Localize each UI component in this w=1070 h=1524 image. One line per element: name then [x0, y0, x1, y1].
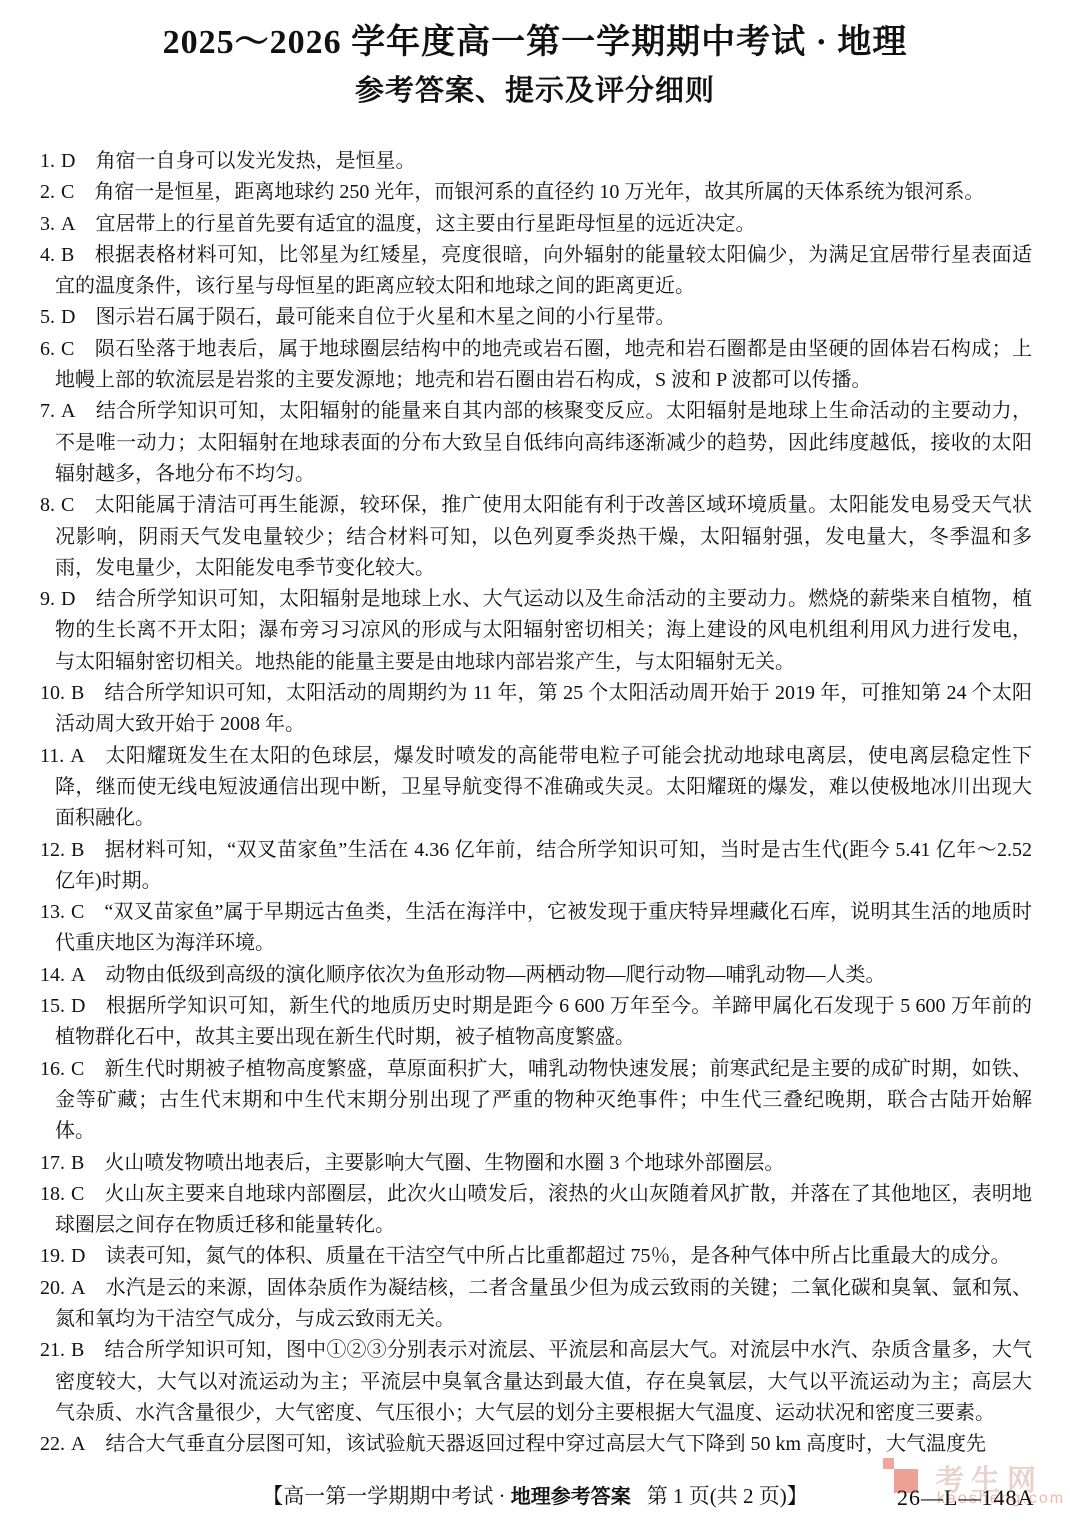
answer-explanation: 读表可知，氮气的体积、质量在干洁空气中所占比重都超过 75％，是各种气体中所占比… [105, 1245, 1010, 1267]
answer-item: 6.C陨石坠落于地表后，属于地球圈层结构中的地壳或岩石圈，地壳和岩石圈都是由坚硬… [40, 334, 1032, 397]
answer-choice: D [71, 1245, 85, 1267]
answer-choice: D [61, 306, 75, 328]
question-number: 22. [40, 1433, 65, 1455]
question-number: 16. [40, 1058, 65, 1080]
question-number: 19. [40, 1245, 65, 1267]
answer-item: 12.B据材料可知，“双叉苗家鱼”生活在 4.36 亿年前，结合所学知识可知，当… [40, 835, 1032, 898]
answer-item: 9.D结合所学知识可知，太阳辐射是地球上水、大气运动以及生命活动的主要动力。燃烧… [40, 584, 1032, 678]
question-number: 3. [40, 213, 55, 235]
answer-choice: B [71, 1152, 84, 1174]
answer-item: 19.D读表可知，氮气的体积、质量在干洁空气中所占比重都超过 75％，是各种气体… [40, 1241, 1032, 1272]
answer-item: 15.D根据所学知识可知，新生代的地质历史时期是距今 6 600 万年至今。羊蹄… [40, 991, 1032, 1054]
answer-explanation: 角宿一是恒星，距离地球约 250 光年，而银河系的直径约 10 万光年，故其所属… [94, 181, 984, 203]
answer-item: 3.A宜居带上的行星首先要有适宜的温度，这主要由行星距母恒星的远近决定。 [40, 209, 1032, 240]
question-number: 6. [40, 338, 55, 360]
answer-choice: C [71, 901, 84, 923]
answer-explanation: 结合所学知识可知，太阳活动的周期约为 11 年，第 25 个太阳活动周开始于 2… [55, 682, 1032, 735]
question-number: 2. [40, 181, 55, 203]
answer-explanation: 陨石坠落于地表后，属于地球圈层结构中的地壳或岩石圈，地壳和岩石圈都是由坚硬的固体… [55, 338, 1032, 391]
answer-explanation: 新生代时期被子植物高度繁盛，草原面积扩大，哺乳动物快速发展；前寒武纪是主要的成矿… [55, 1058, 1032, 1143]
answer-choice: D [71, 995, 85, 1017]
answer-choice: D [61, 150, 75, 172]
answer-item: 14.A动物由低级到高级的演化顺序依次为鱼形动物—两栖动物—爬行动物—哺乳动物—… [40, 960, 1032, 991]
footer-exam-name: 【高一第一学期期中考试 · [262, 1484, 511, 1508]
question-number: 17. [40, 1152, 65, 1174]
answer-item: 11.A太阳耀斑发生在太阳的色球层，爆发时喷发的高能带电粒子可能会扰动地球电离层… [40, 741, 1032, 835]
answer-item: 7.A结合所学知识可知，太阳辐射的能量来自其内部的核聚变反应。太阳辐射是地球上生… [40, 396, 1032, 490]
question-number: 18. [40, 1183, 65, 1205]
page-subtitle: 参考答案、提示及评分细则 [0, 72, 1070, 110]
answer-explanation: 结合大气垂直分层图可知，该试验航天器返回过程中穿过高层大气下降到 50 km 高… [105, 1433, 986, 1455]
answer-item: 13.C“双叉苗家鱼”属于早期远古鱼类，生活在海洋中，它被发现于重庆特异埋藏化石… [40, 897, 1032, 960]
answer-item: 10.B结合所学知识可知，太阳活动的周期约为 11 年，第 25 个太阳活动周开… [40, 678, 1032, 741]
answer-item: 1.D角宿一自身可以发光发热，是恒星。 [40, 146, 1032, 177]
answer-explanation: 火山灰主要来自地球内部圈层，此次火山喷发后，滚热的火山灰随着风扩散，并落在了其他… [55, 1183, 1032, 1236]
question-number: 14. [40, 964, 65, 986]
answer-choice: B [71, 839, 84, 861]
answer-explanation: 宜居带上的行星首先要有适宜的温度，这主要由行星距母恒星的远近决定。 [95, 213, 755, 235]
question-number: 20. [40, 1277, 65, 1299]
answer-explanation: 太阳耀斑发生在太阳的色球层，爆发时喷发的高能带电粒子可能会扰动地球电离层，使电离… [55, 745, 1032, 830]
answer-choice: C [61, 494, 74, 516]
answer-choice: C [71, 1183, 84, 1205]
answer-item: 17.B火山喷发物喷出地表后，主要影响大气圈、生物圈和水圈 3 个地球外部圈层。 [40, 1148, 1032, 1179]
answer-explanation: “双叉苗家鱼”属于早期远古鱼类，生活在海洋中，它被发现于重庆特异埋藏化石库，说明… [55, 901, 1032, 954]
answer-explanation: 水汽是云的来源，固体杂质作为凝结核，二者含量虽少但为成云致雨的关键；二氧化碳和臭… [55, 1277, 1032, 1330]
footer-page-number: 第 1 页(共 2 页)】 [647, 1484, 808, 1508]
answer-choice: B [61, 244, 74, 266]
question-number: 15. [40, 995, 65, 1017]
answer-item: 2.C角宿一是恒星，距离地球约 250 光年，而银河系的直径约 10 万光年，故… [40, 177, 1032, 208]
answer-item: 5.D图示岩石属于陨石，最可能来自位于火星和木星之间的小行星带。 [40, 302, 1032, 333]
answer-explanation: 角宿一自身可以发光发热，是恒星。 [95, 150, 415, 172]
answer-choice: A [71, 964, 85, 986]
answers-list: 1.D角宿一自身可以发光发热，是恒星。 2.C角宿一是恒星，距离地球约 250 … [40, 146, 1032, 1460]
exam-paper-code: 26—L—148A [897, 1484, 1034, 1512]
answer-choice: A [61, 400, 75, 422]
question-number: 9. [40, 588, 55, 610]
answer-item: 4.B根据表格材料可知，比邻星为红矮星，亮度很暗，向外辐射的能量较太阳偏少，为满… [40, 240, 1032, 303]
answer-item: 20.A水汽是云的来源，固体杂质作为凝结核，二者含量虽少但为成云致雨的关键；二氧… [40, 1273, 1032, 1336]
answer-explanation: 结合所学知识可知，太阳辐射的能量来自其内部的核聚变反应。太阳辐射是地球上生命活动… [55, 400, 1032, 485]
question-number: 11. [40, 745, 64, 767]
question-number: 8. [40, 494, 55, 516]
answer-choice: B [71, 1339, 84, 1361]
question-number: 12. [40, 839, 65, 861]
page-title: 2025～2026 学年度高一第一学期期中考试 · 地理 [0, 22, 1070, 64]
question-number: 7. [40, 400, 55, 422]
exam-answer-sheet-page: 2025～2026 学年度高一第一学期期中考试 · 地理 参考答案、提示及评分细… [0, 0, 1070, 1524]
answer-explanation: 根据表格材料可知，比邻星为红矮星，亮度很暗，向外辐射的能量较太阳偏少，为满足宜居… [55, 244, 1032, 297]
answer-choice: A [71, 1277, 85, 1299]
answer-item: 16.C新生代时期被子植物高度繁盛，草原面积扩大，哺乳动物快速发展；前寒武纪是主… [40, 1054, 1032, 1148]
footer-subject: 地理参考答案 [511, 1486, 631, 1508]
answer-choice: C [61, 181, 74, 203]
question-number: 10. [40, 682, 65, 704]
logo-square-small [883, 1458, 894, 1469]
answer-choice: B [71, 682, 84, 704]
answer-explanation: 根据所学知识可知，新生代的地质历史时期是距今 6 600 万年至今。羊蹄甲属化石… [55, 995, 1032, 1048]
answer-choice: D [61, 588, 75, 610]
answer-choice: A [61, 213, 75, 235]
answer-choice: A [70, 745, 84, 767]
answer-item: 18.C火山灰主要来自地球内部圈层，此次火山喷发后，滚热的火山灰随着风扩散，并落… [40, 1179, 1032, 1242]
question-number: 1. [40, 150, 55, 172]
answer-explanation: 动物由低级到高级的演化顺序依次为鱼形动物—两栖动物—爬行动物—哺乳动物—人类。 [105, 964, 885, 986]
question-number: 4. [40, 244, 55, 266]
answer-explanation: 火山喷发物喷出地表后，主要影响大气圈、生物圈和水圈 3 个地球外部圈层。 [104, 1152, 784, 1174]
question-number: 5. [40, 306, 55, 328]
question-number: 21. [40, 1339, 65, 1361]
answer-explanation: 结合所学知识可知，太阳辐射是地球上水、大气运动以及生命活动的主要动力。燃烧的薪柴… [55, 588, 1032, 673]
answer-choice: A [71, 1433, 85, 1455]
answer-item: 21.B结合所学知识可知，图中①②③分别表示对流层、平流层和高层大气。对流层中水… [40, 1335, 1032, 1429]
question-number: 13. [40, 901, 65, 923]
answer-item: 8.C太阳能属于清洁可再生能源，较环保，推广使用太阳能有利于改善区域环境质量。太… [40, 490, 1032, 584]
answer-explanation: 太阳能属于清洁可再生能源，较环保，推广使用太阳能有利于改善区域环境质量。太阳能发… [55, 494, 1032, 579]
answer-choice: C [61, 338, 74, 360]
answer-explanation: 据材料可知，“双叉苗家鱼”生活在 4.36 亿年前，结合所学知识可知，当时是古生… [55, 839, 1032, 892]
answer-explanation: 图示岩石属于陨石，最可能来自位于火星和木星之间的小行星带。 [95, 306, 675, 328]
answer-choice: C [71, 1058, 84, 1080]
page-footer: 【高一第一学期期中考试 · 地理参考答案第 1 页(共 2 页)】 26—L—1… [0, 1482, 1070, 1511]
answer-explanation: 结合所学知识可知，图中①②③分别表示对流层、平流层和高层大气。对流层中水汽、杂质… [55, 1339, 1032, 1424]
